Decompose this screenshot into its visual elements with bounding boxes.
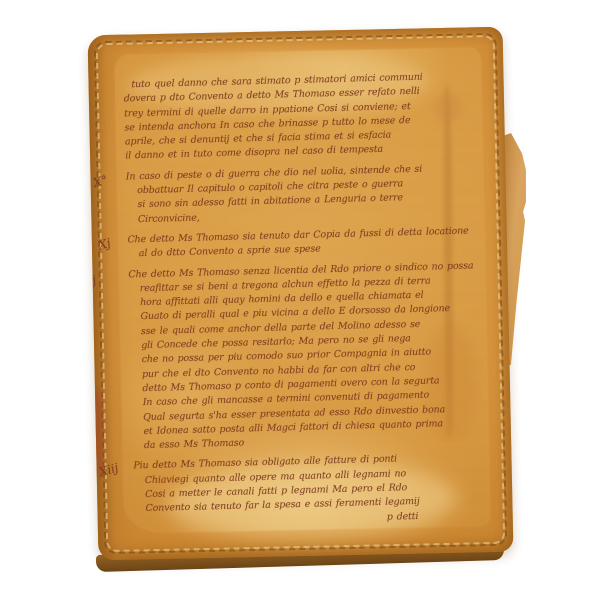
manuscript-text: tuto quel danno che sara stimato p stima… bbox=[95, 69, 479, 531]
photo-scene: tuto quel danno che sara stimato p stima… bbox=[0, 0, 600, 600]
manuscript-item: XiijPiu detto Ms Thomaso sia obligato al… bbox=[105, 451, 479, 532]
item-numeral: Xj bbox=[96, 231, 131, 266]
manuscript-item: XijChe detto Ms Thomaso senza licentia d… bbox=[100, 259, 477, 455]
item-lines: Che detto Ms Thomaso sia tenuto dar Copi… bbox=[127, 224, 472, 262]
leather-journal-cover: tuto quel danno che sara stimato p stima… bbox=[88, 27, 514, 561]
item-lines: In caso di peste o di guerra che dio nel… bbox=[126, 161, 471, 227]
item-lines: tuto quel danno che sara stimato p stima… bbox=[123, 69, 469, 164]
manuscript-item: X°In caso di peste o di guerra che dio n… bbox=[98, 161, 471, 228]
item-lines: Che detto Ms Thomaso senza licentia del … bbox=[128, 259, 478, 454]
item-lines: Piu detto Ms Thomaso sia obligato alle f… bbox=[133, 451, 479, 531]
manuscript-item: XjChe detto Ms Thomaso sia tenuto dar Co… bbox=[99, 224, 472, 262]
manuscript-line: p detti bbox=[387, 508, 479, 525]
manuscript-item: tuto quel danno che sara stimato p stima… bbox=[95, 69, 469, 164]
